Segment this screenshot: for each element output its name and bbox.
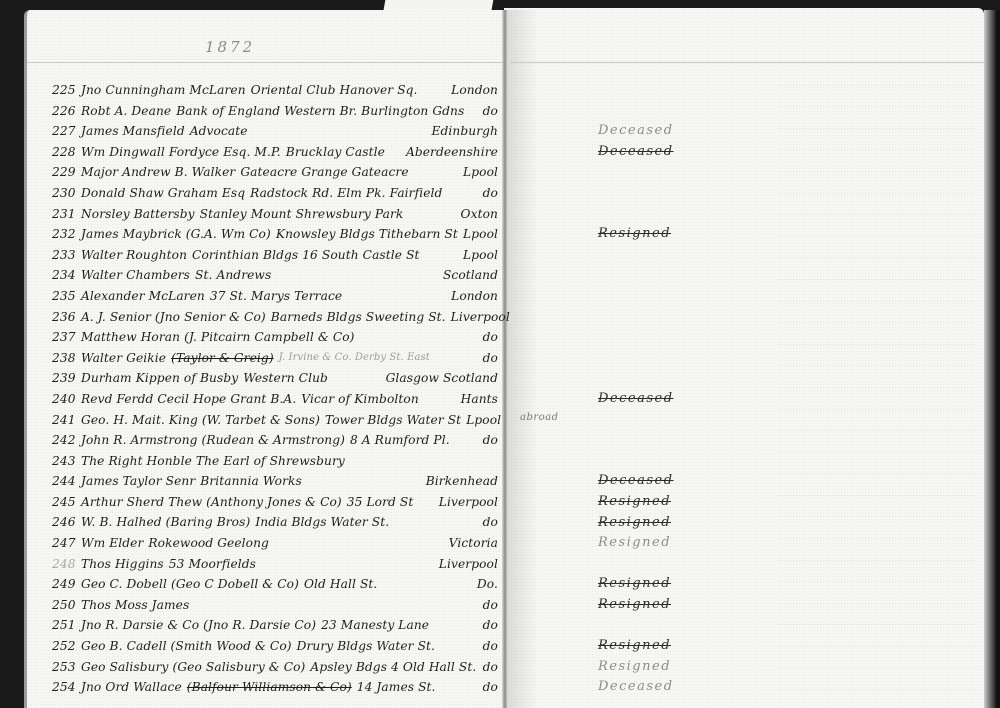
status-note-deceased: Deceased bbox=[598, 391, 674, 406]
bleed-through-text bbox=[778, 64, 978, 708]
open-ledger-book: 1872 225Jno Cunningham McLarenOriental C… bbox=[0, 0, 1000, 708]
register-entry: 251Jno R. Darsie & Co (Jno R. Darsie Co)… bbox=[52, 615, 502, 636]
member-place: do bbox=[483, 615, 502, 636]
member-place: do bbox=[483, 512, 502, 533]
status-note-resigned: Resigned bbox=[598, 515, 671, 530]
member-address: Knowsley Bldgs Tithebarn St bbox=[276, 224, 458, 245]
member-address: Britannia Works bbox=[200, 471, 302, 492]
member-place: Oxton bbox=[461, 204, 502, 225]
member-place: Lpool bbox=[463, 162, 502, 183]
entry-number: 232 bbox=[52, 224, 76, 245]
register-entry: 243The Right Honble The Earl of Shrewsbu… bbox=[52, 451, 502, 472]
member-name: Geo C. Dobell (Geo C Dobell & Co) bbox=[81, 574, 299, 595]
register-entry: 232James Maybrick (G.A. Wm Co)Knowsley B… bbox=[52, 224, 502, 245]
member-place: London bbox=[451, 286, 502, 307]
member-name: A. J. Senior (Jno Senior & Co) bbox=[81, 307, 266, 328]
status-note-resigned: Resigned bbox=[598, 659, 671, 674]
member-name: Jno Ord Wallace bbox=[81, 677, 182, 698]
member-place: Lpool bbox=[463, 224, 502, 245]
register-entry: 245Arthur Sherd Thew (Anthony Jones & Co… bbox=[52, 492, 502, 513]
member-name: Donald Shaw Graham Esq bbox=[81, 183, 245, 204]
register-entry: 225Jno Cunningham McLarenOriental Club H… bbox=[52, 80, 502, 101]
member-place: Edinburgh bbox=[432, 121, 502, 142]
member-name: Matthew Horan (J. Pitcairn Campbell & Co… bbox=[81, 327, 355, 348]
member-address: 23 Manesty Lane bbox=[321, 615, 429, 636]
member-place: Hants bbox=[461, 389, 502, 410]
member-place: Liverpool bbox=[451, 307, 514, 328]
status-note-deceased: Deceased bbox=[598, 123, 674, 138]
register-entry: 249Geo C. Dobell (Geo C Dobell & Co)Old … bbox=[52, 574, 502, 595]
status-note-deceased: Deceased bbox=[598, 473, 674, 488]
member-address: Brucklay Castle bbox=[286, 142, 385, 163]
member-place: London bbox=[451, 80, 502, 101]
member-place: Liverpool bbox=[439, 554, 502, 575]
member-address: St. Andrews bbox=[195, 265, 271, 286]
entry-number: 252 bbox=[52, 636, 76, 657]
entry-number: 225 bbox=[52, 80, 76, 101]
register-entry: 229Major Andrew B. WalkerGateacre Grange… bbox=[52, 162, 502, 183]
member-address: 35 Lord St bbox=[347, 492, 414, 513]
member-address: Advocate bbox=[190, 121, 248, 142]
status-note-resigned: Resigned bbox=[598, 226, 671, 241]
register-entry: 227James MansfieldAdvocateEdinburgh bbox=[52, 121, 502, 142]
member-name: W. B. Halhed (Baring Bros) bbox=[81, 512, 250, 533]
register-entry: 240Revd Ferdd Cecil Hope Grant B.A.Vicar… bbox=[52, 389, 502, 410]
member-place: Liverpool bbox=[439, 492, 502, 513]
struck-firm: (Taylor & Greig) bbox=[171, 348, 274, 369]
status-note-resigned: Resigned bbox=[598, 494, 671, 509]
member-address: Gateacre Grange Gateacre bbox=[240, 162, 408, 183]
member-name: Walter Roughton bbox=[81, 245, 187, 266]
register-entry: 241Geo. H. Mait. King (W. Tarbet & Sons)… bbox=[52, 410, 502, 431]
register-entry: 228Wm Dingwall Fordyce Esq. M.P.Brucklay… bbox=[52, 142, 502, 163]
entry-number: 240 bbox=[52, 389, 76, 410]
member-name: Durham Kippen of Busby bbox=[81, 368, 238, 389]
register-entry: 226Robt A. DeaneBank of England Western … bbox=[52, 101, 502, 122]
member-name: Geo B. Cadell (Smith Wood & Co) bbox=[81, 636, 292, 657]
register-entry: 248Thos Higgins53 MoorfieldsLiverpool bbox=[52, 554, 502, 575]
register-entry: 234Walter ChambersSt. AndrewsScotland bbox=[52, 265, 502, 286]
register-entry: 238Walter Geikie(Taylor & Greig)J. Irvin… bbox=[52, 348, 502, 369]
member-name: Jno Cunningham McLaren bbox=[81, 80, 246, 101]
faint-address: J. Irvine & Co. Derby St. East bbox=[279, 348, 430, 369]
status-note-deceased: Deceased bbox=[598, 679, 674, 694]
member-place: Victoria bbox=[449, 533, 502, 554]
member-place: do bbox=[483, 430, 502, 451]
member-name: Jno R. Darsie & Co (Jno R. Darsie Co) bbox=[81, 615, 316, 636]
member-name: Wm Elder bbox=[81, 533, 143, 554]
entry-number: 226 bbox=[52, 101, 76, 122]
member-address: Old Hall St. bbox=[304, 574, 377, 595]
member-address: Radstock Rd. Elm Pk. Fairfield bbox=[250, 183, 442, 204]
register-entry: 252Geo B. Cadell (Smith Wood & Co)Drury … bbox=[52, 636, 502, 657]
member-place: do bbox=[483, 677, 502, 698]
entry-number: 243 bbox=[52, 451, 76, 472]
page-edges bbox=[984, 10, 1000, 708]
header-rule-right bbox=[510, 62, 984, 63]
entry-number: 228 bbox=[52, 142, 76, 163]
member-place: Birkenhead bbox=[426, 471, 502, 492]
member-address: Bank of England Western Br. Burlington G… bbox=[176, 101, 464, 122]
member-name: James Taylor Senr bbox=[81, 471, 195, 492]
member-name: James Maybrick (G.A. Wm Co) bbox=[81, 224, 271, 245]
status-note-resigned: Resigned bbox=[598, 638, 671, 653]
member-place: do bbox=[483, 657, 502, 678]
entry-number: 248 bbox=[52, 554, 76, 575]
entry-number: 246 bbox=[52, 512, 76, 533]
register-entry: 230Donald Shaw Graham EsqRadstock Rd. El… bbox=[52, 183, 502, 204]
entry-number: 253 bbox=[52, 657, 76, 678]
member-address: Corinthian Bldgs 16 South Castle St bbox=[192, 245, 419, 266]
member-name: James Mansfield bbox=[81, 121, 185, 142]
member-address: Vicar of Kimbolton bbox=[301, 389, 418, 410]
entry-number: 227 bbox=[52, 121, 76, 142]
member-name: Walter Chambers bbox=[81, 265, 190, 286]
entry-number: 254 bbox=[52, 677, 76, 698]
member-name: Alexander McLaren bbox=[81, 286, 205, 307]
struck-firm: (Balfour Williamson & Co) bbox=[187, 677, 352, 698]
register-entry: 233Walter RoughtonCorinthian Bldgs 16 So… bbox=[52, 245, 502, 266]
member-address: 8 A Rumford Pl. bbox=[350, 430, 450, 451]
member-name: Norsley Battersby bbox=[81, 204, 195, 225]
status-note-resigned: Resigned bbox=[598, 535, 671, 550]
header-rule-left bbox=[27, 62, 502, 63]
member-place: Aberdeenshire bbox=[406, 142, 502, 163]
member-place: Lpool bbox=[463, 245, 502, 266]
entry-number: 238 bbox=[52, 348, 76, 369]
member-name: Arthur Sherd Thew (Anthony Jones & Co) bbox=[81, 492, 342, 513]
member-address: 53 Moorfields bbox=[169, 554, 256, 575]
member-address: Drury Bldgs Water St. bbox=[297, 636, 435, 657]
entry-number: 242 bbox=[52, 430, 76, 451]
member-place: Lpool bbox=[466, 410, 505, 431]
member-name: Revd Ferdd Cecil Hope Grant B.A. bbox=[81, 389, 296, 410]
register-entry: 242John R. Armstrong (Rudean & Armstrong… bbox=[52, 430, 502, 451]
entry-number: 237 bbox=[52, 327, 76, 348]
member-address: 37 St. Marys Terrace bbox=[210, 286, 342, 307]
register-entry: 247Wm ElderRokewood GeelongVictoria bbox=[52, 533, 502, 554]
entry-number: 229 bbox=[52, 162, 76, 183]
member-address: Rokewood Geelong bbox=[148, 533, 269, 554]
member-address: Stanley Mount Shrewsbury Park bbox=[200, 204, 404, 225]
register-entry: 239Durham Kippen of BusbyWestern ClubGla… bbox=[52, 368, 502, 389]
member-name: Wm Dingwall Fordyce Esq. M.P. bbox=[81, 142, 281, 163]
gutter-shadow bbox=[508, 10, 538, 708]
entry-number: 239 bbox=[52, 368, 76, 389]
member-place: do bbox=[483, 636, 502, 657]
register-entry: 253Geo Salisbury (Geo Salisbury & Co)Aps… bbox=[52, 657, 502, 678]
member-place: do bbox=[483, 348, 502, 369]
register-entry: 236A. J. Senior (Jno Senior & Co)Barneds… bbox=[52, 307, 502, 328]
member-place: do bbox=[483, 595, 502, 616]
entry-number: 245 bbox=[52, 492, 76, 513]
register-entry: 250Thos Moss Jamesdo bbox=[52, 595, 502, 616]
register-entry: 246W. B. Halhed (Baring Bros)India Bldgs… bbox=[52, 512, 502, 533]
status-note-abroad: abroad bbox=[520, 412, 559, 423]
member-name: John R. Armstrong (Rudean & Armstrong) bbox=[81, 430, 345, 451]
member-address: Tower Bldgs Water St bbox=[325, 410, 461, 431]
year-heading: 1872 bbox=[205, 38, 255, 56]
member-name: Geo. H. Mait. King (W. Tarbet & Sons) bbox=[81, 410, 320, 431]
entry-number: 233 bbox=[52, 245, 76, 266]
entry-number: 231 bbox=[52, 204, 76, 225]
entry-number: 247 bbox=[52, 533, 76, 554]
entry-number: 235 bbox=[52, 286, 76, 307]
register-entry: 235Alexander McLaren37 St. Marys Terrace… bbox=[52, 286, 502, 307]
member-address: Apsley Bdgs 4 Old Hall St. bbox=[310, 657, 476, 678]
entry-number: 236 bbox=[52, 307, 76, 328]
member-place: do bbox=[483, 327, 502, 348]
member-address: Barneds Bldgs Sweeting St. bbox=[271, 307, 446, 328]
register-entry: 244James Taylor SenrBritannia WorksBirke… bbox=[52, 471, 502, 492]
member-address: Oriental Club Hanover Sq. bbox=[251, 80, 418, 101]
status-note-resigned: Resigned bbox=[598, 597, 671, 612]
member-name: Walter Geikie bbox=[81, 348, 166, 369]
member-name: Robt A. Deane bbox=[81, 101, 171, 122]
entry-number: 251 bbox=[52, 615, 76, 636]
member-address: Western Club bbox=[243, 368, 328, 389]
member-address: 14 James St. bbox=[357, 677, 436, 698]
member-name: Major Andrew B. Walker bbox=[81, 162, 235, 183]
status-note-resigned: Resigned bbox=[598, 576, 671, 591]
member-name: Thos Moss James bbox=[81, 595, 189, 616]
member-place: do bbox=[483, 183, 502, 204]
member-place: Scotland bbox=[443, 265, 502, 286]
register-entry: 254Jno Ord Wallace(Balfour Williamson & … bbox=[52, 677, 502, 698]
member-name: The Right Honble The Earl of Shrewsbury bbox=[81, 451, 345, 472]
entry-number: 234 bbox=[52, 265, 76, 286]
member-place: do bbox=[483, 101, 502, 122]
member-name: Thos Higgins bbox=[81, 554, 164, 575]
entry-number: 230 bbox=[52, 183, 76, 204]
entry-number: 250 bbox=[52, 595, 76, 616]
member-place: Glasgow Scotland bbox=[386, 368, 502, 389]
member-place bbox=[498, 451, 502, 472]
entry-number: 244 bbox=[52, 471, 76, 492]
register-entry: 231Norsley BattersbyStanley Mount Shrews… bbox=[52, 204, 502, 225]
status-note-deceased: Deceased bbox=[598, 144, 674, 159]
register-entry: 237Matthew Horan (J. Pitcairn Campbell &… bbox=[52, 327, 502, 348]
member-name: Geo Salisbury (Geo Salisbury & Co) bbox=[81, 657, 305, 678]
entry-number: 249 bbox=[52, 574, 76, 595]
member-place: Do. bbox=[477, 574, 502, 595]
entry-number: 241 bbox=[52, 410, 76, 431]
member-address: India Bldgs Water St. bbox=[255, 512, 389, 533]
register-entries: 225Jno Cunningham McLarenOriental Club H… bbox=[52, 80, 502, 698]
